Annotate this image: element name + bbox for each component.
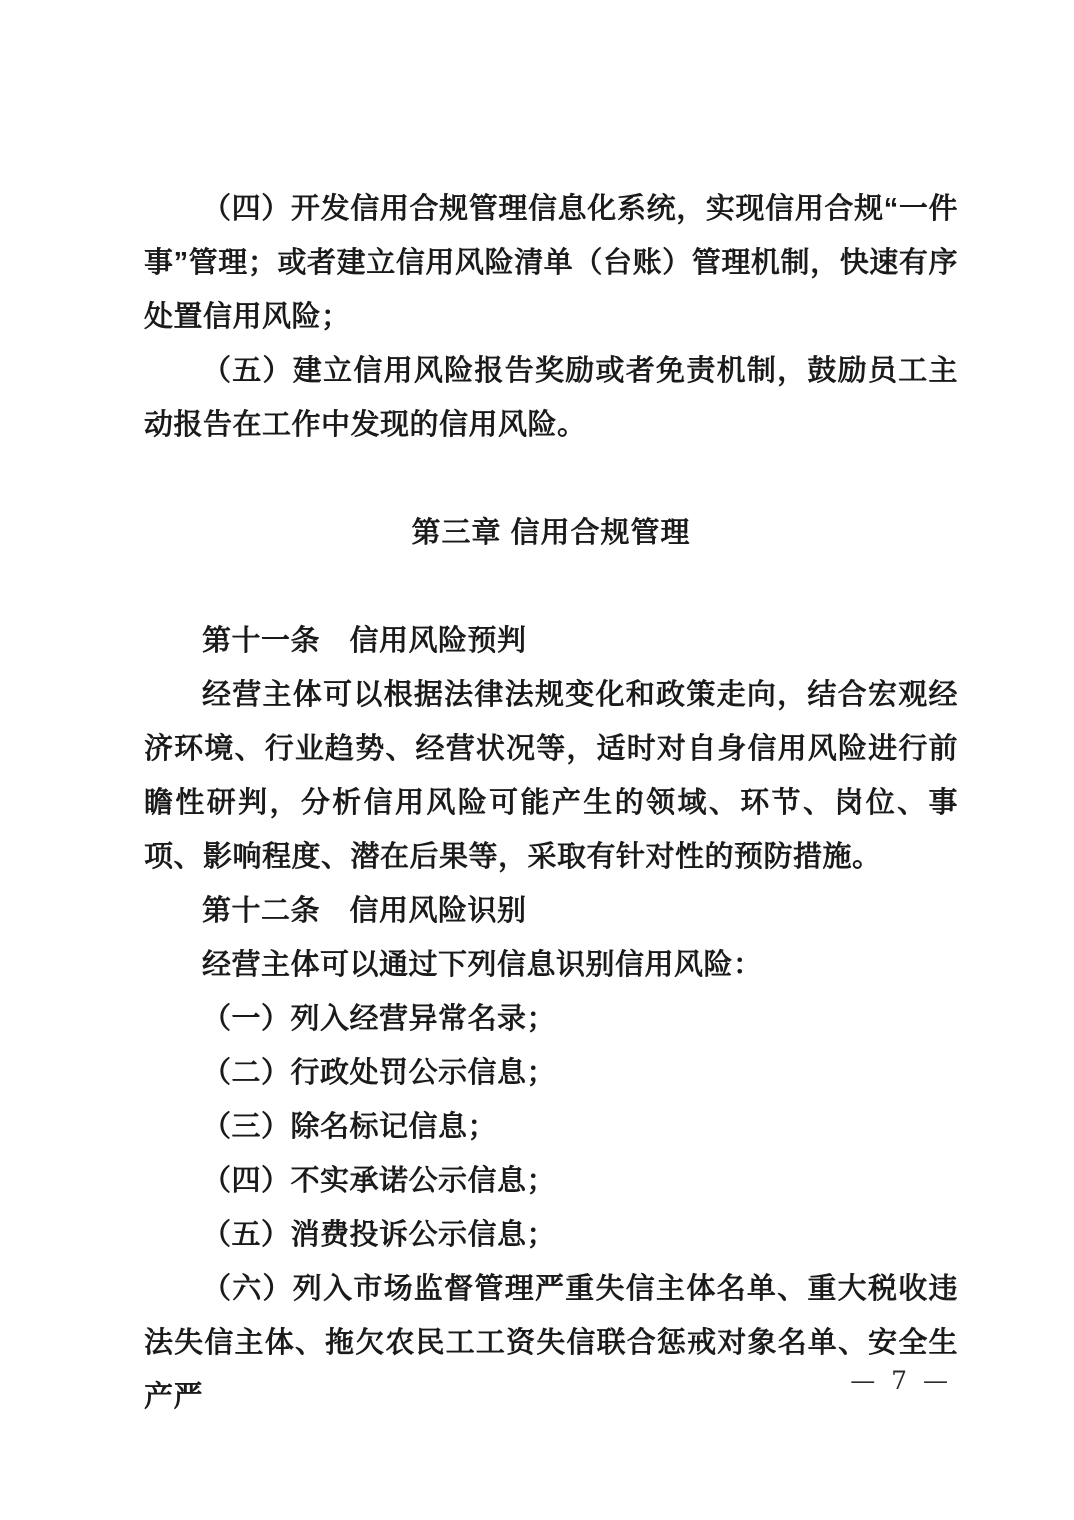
paragraph-item-5: （五）建立信用风险报告奖励或者免责机制，鼓励员工主动报告在工作中发现的信用风险。 [144, 344, 958, 452]
page-number: — 7 — [0, 1366, 952, 1395]
list-item-3: （三）除名标记信息； [144, 1100, 958, 1154]
list-item-5: （五）消费投诉公示信息； [144, 1208, 958, 1262]
list-item-2: （二）行政处罚公示信息； [144, 1046, 958, 1100]
article-heading-11: 第十一条 信用风险预判 [144, 614, 958, 668]
document-body: （四）开发信用合规管理信息化系统，实现信用合规“一件事”管理；或者建立信用风险清… [144, 182, 958, 1424]
paragraph-article-11-body: 经营主体可以根据法律法规变化和政策走向，结合宏观经济环境、行业趋势、经营状况等，… [144, 668, 958, 884]
chapter-heading: 第三章 信用合规管理 [144, 506, 958, 560]
list-item-4: （四）不实承诺公示信息； [144, 1154, 958, 1208]
article-heading-12: 第十二条 信用风险识别 [144, 884, 958, 938]
list-item-6: （六）列入市场监督管理严重失信主体名单、重大税收违法失信主体、拖欠农民工工资失信… [144, 1262, 958, 1424]
document-page: （四）开发信用合规管理信息化系统，实现信用合规“一件事”管理；或者建立信用风险清… [0, 0, 1074, 1520]
list-item-1: （一）列入经营异常名录； [144, 992, 958, 1046]
paragraph-article-12-intro: 经营主体可以通过下列信息识别信用风险： [144, 938, 958, 992]
paragraph-item-4: （四）开发信用合规管理信息化系统，实现信用合规“一件事”管理；或者建立信用风险清… [144, 182, 958, 344]
